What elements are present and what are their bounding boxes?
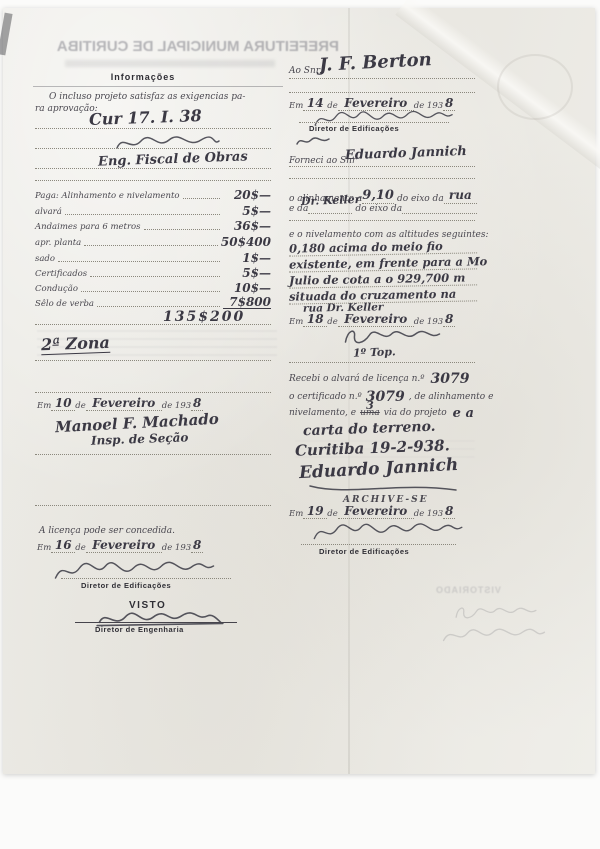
alinhamento-text: , de alinhamento e [409,392,494,402]
eixo-label: do eixo da [397,194,444,204]
fee-value: 36$— [223,221,271,232]
fee-value: 10$— [223,283,271,294]
recebi-text: Recebi o alvará de licença n.º [289,374,425,384]
director-engenharia-label: Diretor de Engenharia [95,625,184,634]
em-label: Em [37,543,51,553]
fee-value: 5$— [223,206,271,217]
de-label: de [75,401,85,411]
ao-snr-label: Ao Snr. [289,66,322,76]
em-label: Em [37,401,51,411]
forneci-name: Eduardo Jannich [345,144,467,163]
director-signature [299,518,479,546]
fee-label: apr. planta [35,238,81,248]
dotted-line [289,220,475,221]
dotted-line [61,578,231,579]
topographer-role: 1º Top. [353,345,396,359]
dotted-leader [97,306,220,307]
dotted-line [35,360,271,361]
dotted-line [35,392,271,393]
dotted-line [299,122,449,123]
ghost-header-title: PREFEITURA MUNICIPAL DE CURITIBA [43,38,339,55]
fee-row: apr. planta50$400 [35,233,271,248]
day-value: 10 [55,396,72,410]
day-value: 16 [55,538,72,552]
dotted-line [289,178,475,179]
fee-label: alvará [35,207,62,217]
recebi-line2: o certificado n.º 3079 , de alinhamento … [289,392,493,402]
fee-row: Andaimes para 6 metros36$— [35,217,271,232]
day-value: 19 [307,504,324,518]
dotted-line [289,78,475,79]
struck-uma: uma3 [360,408,380,418]
fee-row: Sêlo de verba7$800 [35,294,271,309]
fee-value: 7$800 [223,297,271,309]
addressee-name: J. F. Berton [319,49,433,76]
ghost-scrawl [439,624,549,646]
heading-rule [33,86,283,87]
eda-label: e da [289,204,308,214]
month-value: Fevereiro [92,538,155,552]
ghost-header-subtitle-bar [65,60,275,67]
dotted-line [301,544,456,545]
fee-row: Certificados5$— [35,264,271,279]
month-value: Fevereiro [344,312,407,326]
fee-value: 20$— [223,190,271,201]
em-label: Em [289,317,303,327]
fee-value: 50$400 [221,237,271,248]
de-label: de [75,543,85,553]
fee-row: Paga: Alinhamento e nivelamento20$— [35,186,271,201]
fee-label: Andaimes para 6 metros [35,222,141,232]
fee-label: Condução [35,284,78,294]
year-value: 8 [445,312,453,326]
street-value: rua [449,188,472,202]
dotted-line [35,454,271,455]
recebi-line1: Recebi o alvará de licença n.º 3079 [289,374,469,384]
signature-rule [75,622,237,623]
licenca-text: A licença pode ser concedida. [39,526,175,536]
dotted-leader [183,198,220,199]
date-line-zone: Em 10 de Fevereiro de 193 8 [37,398,253,411]
carta-terreno-handwriting: carta do terreno. [303,419,436,440]
month-value: Fevereiro [92,396,155,410]
dotted-line [35,324,271,325]
fee-row: alvará5$— [35,202,271,217]
intro-line-1: O incluso projeto satisfaz as exigencias… [49,92,245,102]
inspector-role: Insp. de Seção [91,430,189,447]
certificado-text: o certificado n.º [289,392,362,402]
fee-value: 5$— [223,268,271,279]
dotted-line [289,92,475,93]
alinhamento-value: 9,10 [362,188,394,203]
initials-scribble [293,134,335,148]
year-value: 8 [193,396,201,410]
director-edificacoes-label: Diretor de Edificações [81,581,171,590]
de193-label: de 193 [162,543,191,553]
fee-row: Condução10$— [35,279,271,294]
zone-annotation: 2ª Zona [41,333,110,355]
dotted-line [289,166,475,167]
dotted-leader [90,276,220,277]
date-line-licenca: Em 16 de Fevereiro de 193 8 [37,540,253,553]
signature-flourish [303,482,463,496]
projeto-text: via do projeto [384,408,447,418]
fee-label: sado [35,254,55,264]
dotted-leader [58,261,220,262]
de193-label: de 193 [162,401,191,411]
dotted-leader [65,214,220,215]
dotted-leader [81,291,220,292]
paper-sheet: PREFEITURA MUNICIPAL DE CURITIBA Informa… [3,8,595,774]
director-edificacoes-label: Diretor de Edificações [319,547,409,556]
ghost-scrawl [451,603,541,623]
dotted-line [35,180,271,181]
handwritten-date-note: Cur 17. I. 38 [89,106,202,129]
via-number: 3 [366,399,374,412]
fee-value: 1$— [223,253,271,264]
month-value: Fevereiro [344,504,407,518]
e-a-handwriting: e a [453,409,474,418]
fee-label: Sêlo de verba [35,299,94,309]
dotted-line [289,362,475,363]
director-edificacoes-label: Diretor de Edificações [309,124,399,133]
fee-label: Paga: Alinhamento e nivelamento [35,191,180,201]
dotted-leader [144,229,221,230]
fee-label: Certificados [35,269,87,279]
corner-smudge [0,13,13,56]
nivelamento-text: nivelamento, e [289,408,356,418]
scanned-document: PREFEITURA MUNICIPAL DE CURITIBA Informa… [0,0,600,849]
recebi-line3: nivelamento, e uma3 via do projeto e a [289,408,474,418]
doeixo-label: do eixo da [355,204,402,214]
year-value: 8 [193,538,201,552]
day-value: 18 [307,312,324,326]
fee-row: sado1$— [35,249,271,264]
year-value: 8 [445,504,453,518]
dotted-line [35,505,271,506]
alvara-number: 3079 [431,375,470,384]
dotted-leader [84,245,218,246]
eda-line: e da do eixo da [289,204,477,214]
dotted-line [35,168,271,169]
ghost-vistoriado: VISTORIADO [435,585,501,595]
dotted-line [35,128,271,129]
ghost-seal [497,54,573,120]
fee-total: 135$200 [163,309,245,325]
informacoes-heading: Informações [73,72,213,82]
